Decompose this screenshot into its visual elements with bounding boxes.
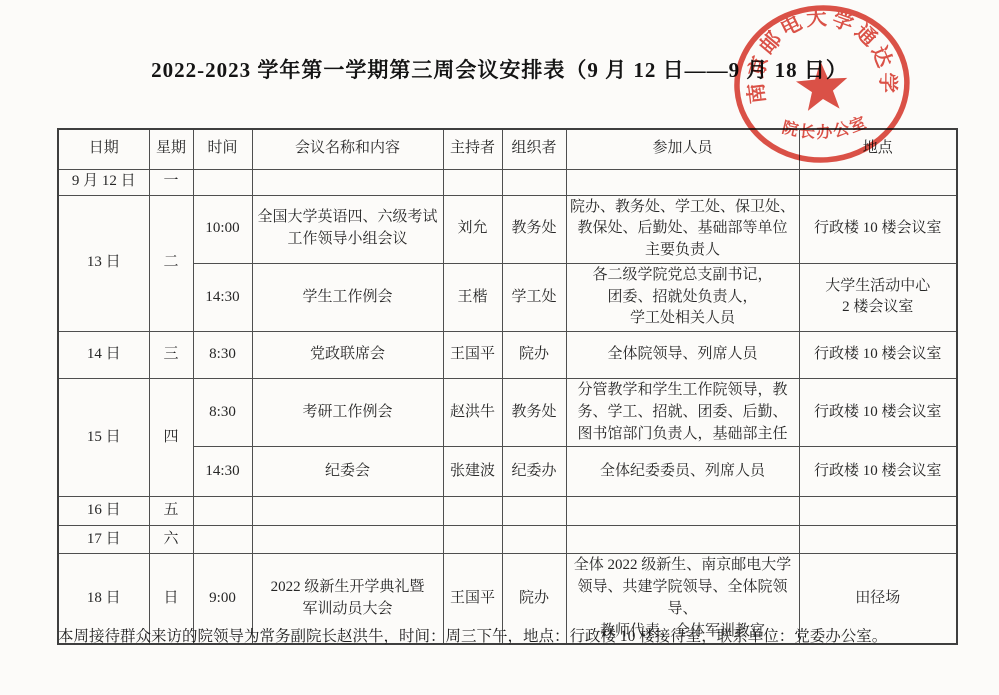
cell-location: 行政楼 10 楼会议室 [799, 195, 957, 263]
column-header-time: 时间 [193, 129, 252, 169]
page-title: 2022-2023 学年第一学期第三周会议安排表（9 月 12 日——9 月 1… [0, 54, 999, 84]
cell-date: 9 月 12 日 [58, 169, 149, 195]
scanned-meeting-schedule-document: 2022-2023 学年第一学期第三周会议安排表（9 月 12 日——9 月 1… [0, 0, 999, 695]
column-header-date: 日期 [58, 129, 149, 169]
cell-date: 16 日 [58, 497, 149, 526]
table-row: 14:30 纪委会 张建波 纪委办 全体纪委委员、列席人员 行政楼 10 楼会议… [58, 447, 957, 497]
cell-meeting-name: 纪委会 [252, 447, 443, 497]
cell-date: 14 日 [58, 332, 149, 379]
cell-host [443, 497, 502, 526]
column-header-participants: 参加人员 [566, 129, 799, 169]
column-header-meeting-name: 会议名称和内容 [252, 129, 443, 169]
table-row: 15 日 四 8:30 考研工作例会 赵洪牛 教务处 分管教学和学生工作院领导，… [58, 379, 957, 447]
cell-meeting-name [252, 526, 443, 554]
table-row: 13 日 二 10:00 全国大学英语四、六级考试 工作领导小组会议 刘允 教务… [58, 195, 957, 263]
cell-host [443, 169, 502, 195]
cell-organizer [502, 497, 566, 526]
cell-week: 五 [149, 497, 193, 526]
cell-week: 二 [149, 195, 193, 332]
table-row: 14 日 三 8:30 党政联席会 王国平 院办 全体院领导、列席人员 行政楼 … [58, 332, 957, 379]
cell-week: 四 [149, 379, 193, 497]
cell-time: 14:30 [193, 263, 252, 331]
cell-host: 赵洪牛 [443, 379, 502, 447]
cell-location [799, 497, 957, 526]
cell-time [193, 526, 252, 554]
table-row: 14:30 学生工作例会 王楷 学工处 各二级学院党总支副书记， 团委、招就处负… [58, 263, 957, 331]
cell-organizer: 教务处 [502, 195, 566, 263]
cell-participants: 全体院领导、列席人员 [566, 332, 799, 379]
column-header-organizer: 组织者 [502, 129, 566, 169]
cell-host: 王楷 [443, 263, 502, 331]
cell-location: 行政楼 10 楼会议室 [799, 447, 957, 497]
cell-time: 10:00 [193, 195, 252, 263]
cell-participants: 分管教学和学生工作院领导，教 务、学工、招就、团委、后勤、 图书馆部门负责人，基… [566, 379, 799, 447]
cell-time: 14:30 [193, 447, 252, 497]
meeting-schedule-table: 日期 星期 时间 会议名称和内容 主持者 组织者 参加人员 地点 9 月 12 … [57, 128, 958, 645]
footer-note: 本周接待群众来访的院领导为常务副院长赵洪牛，时间：周三下午，地点：行政楼 10 … [58, 624, 968, 646]
cell-host: 王国平 [443, 332, 502, 379]
cell-participants [566, 169, 799, 195]
cell-host: 刘允 [443, 195, 502, 263]
column-header-week: 星期 [149, 129, 193, 169]
cell-location: 行政楼 10 楼会议室 [799, 332, 957, 379]
table-row: 16 日 五 [58, 497, 957, 526]
column-header-location: 地点 [799, 129, 957, 169]
cell-organizer: 教务处 [502, 379, 566, 447]
cell-meeting-name: 考研工作例会 [252, 379, 443, 447]
cell-time: 8:30 [193, 332, 252, 379]
cell-participants: 全体纪委委员、列席人员 [566, 447, 799, 497]
cell-meeting-name [252, 169, 443, 195]
cell-meeting-name [252, 497, 443, 526]
cell-date: 15 日 [58, 379, 149, 497]
cell-time [193, 497, 252, 526]
table-row: 9 月 12 日 一 [58, 169, 957, 195]
cell-time [193, 169, 252, 195]
cell-participants: 各二级学院党总支副书记， 团委、招就处负责人， 学工处相关人员 [566, 263, 799, 331]
cell-meeting-name: 学生工作例会 [252, 263, 443, 331]
table-header-row: 日期 星期 时间 会议名称和内容 主持者 组织者 参加人员 地点 [58, 129, 957, 169]
cell-location: 大学生活动中心 2 楼会议室 [799, 263, 957, 331]
cell-time: 8:30 [193, 379, 252, 447]
table-row: 17 日 六 [58, 526, 957, 554]
cell-meeting-name: 党政联席会 [252, 332, 443, 379]
cell-week: 一 [149, 169, 193, 195]
cell-participants: 院办、教务处、学工处、保卫处、 教保处、后勤处、基础部等单位 主要负责人 [566, 195, 799, 263]
cell-organizer: 纪委办 [502, 447, 566, 497]
cell-location [799, 526, 957, 554]
cell-participants [566, 526, 799, 554]
column-header-host: 主持者 [443, 129, 502, 169]
cell-participants [566, 497, 799, 526]
cell-organizer: 学工处 [502, 263, 566, 331]
cell-location [799, 169, 957, 195]
cell-week: 三 [149, 332, 193, 379]
cell-location: 行政楼 10 楼会议室 [799, 379, 957, 447]
cell-organizer [502, 169, 566, 195]
cell-host: 张建波 [443, 447, 502, 497]
cell-meeting-name: 全国大学英语四、六级考试 工作领导小组会议 [252, 195, 443, 263]
cell-host [443, 526, 502, 554]
cell-week: 六 [149, 526, 193, 554]
cell-date: 17 日 [58, 526, 149, 554]
cell-date: 13 日 [58, 195, 149, 332]
cell-organizer: 院办 [502, 332, 566, 379]
cell-organizer [502, 526, 566, 554]
